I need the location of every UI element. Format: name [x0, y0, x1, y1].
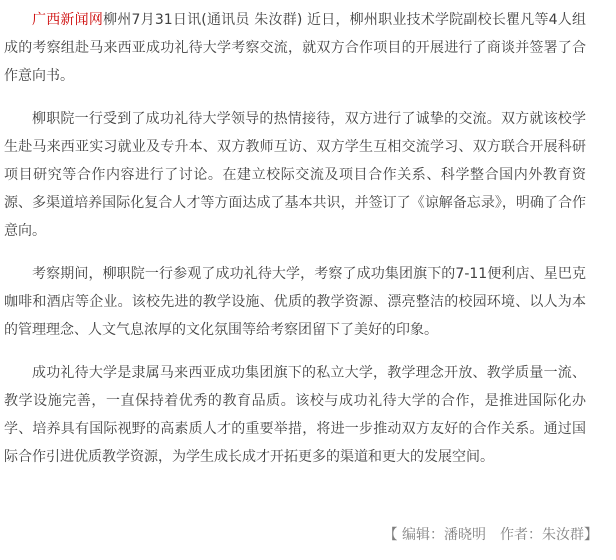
- paragraph-lead: 广西新闻网柳州7月31日讯(通讯员 朱汝群) 近日，柳州职业技术学院副校长瞿凡等…: [4, 6, 586, 90]
- article-body: 广西新闻网柳州7月31日讯(通讯员 朱汝群) 近日，柳州职业技术学院副校长瞿凡等…: [0, 0, 616, 471]
- paragraph: 柳职院一行受到了成功礼待大学领导的热情接待，双方进行了诚挚的交流。双方就该校学生…: [4, 105, 586, 245]
- source-site-link[interactable]: 广西新闻网: [32, 12, 103, 28]
- byline: 【 编辑：潘晓明 作者：朱汝群】: [0, 521, 616, 549]
- paragraph: 成功礼待大学是隶属马来西亚成功集团旗下的私立大学，教学理念开放、教学质量一流、教…: [4, 359, 586, 471]
- paragraph: 考察期间，柳职院一行参观了成功礼待大学，考察了成功集团旗下的7-11便利店、星巴…: [4, 260, 586, 344]
